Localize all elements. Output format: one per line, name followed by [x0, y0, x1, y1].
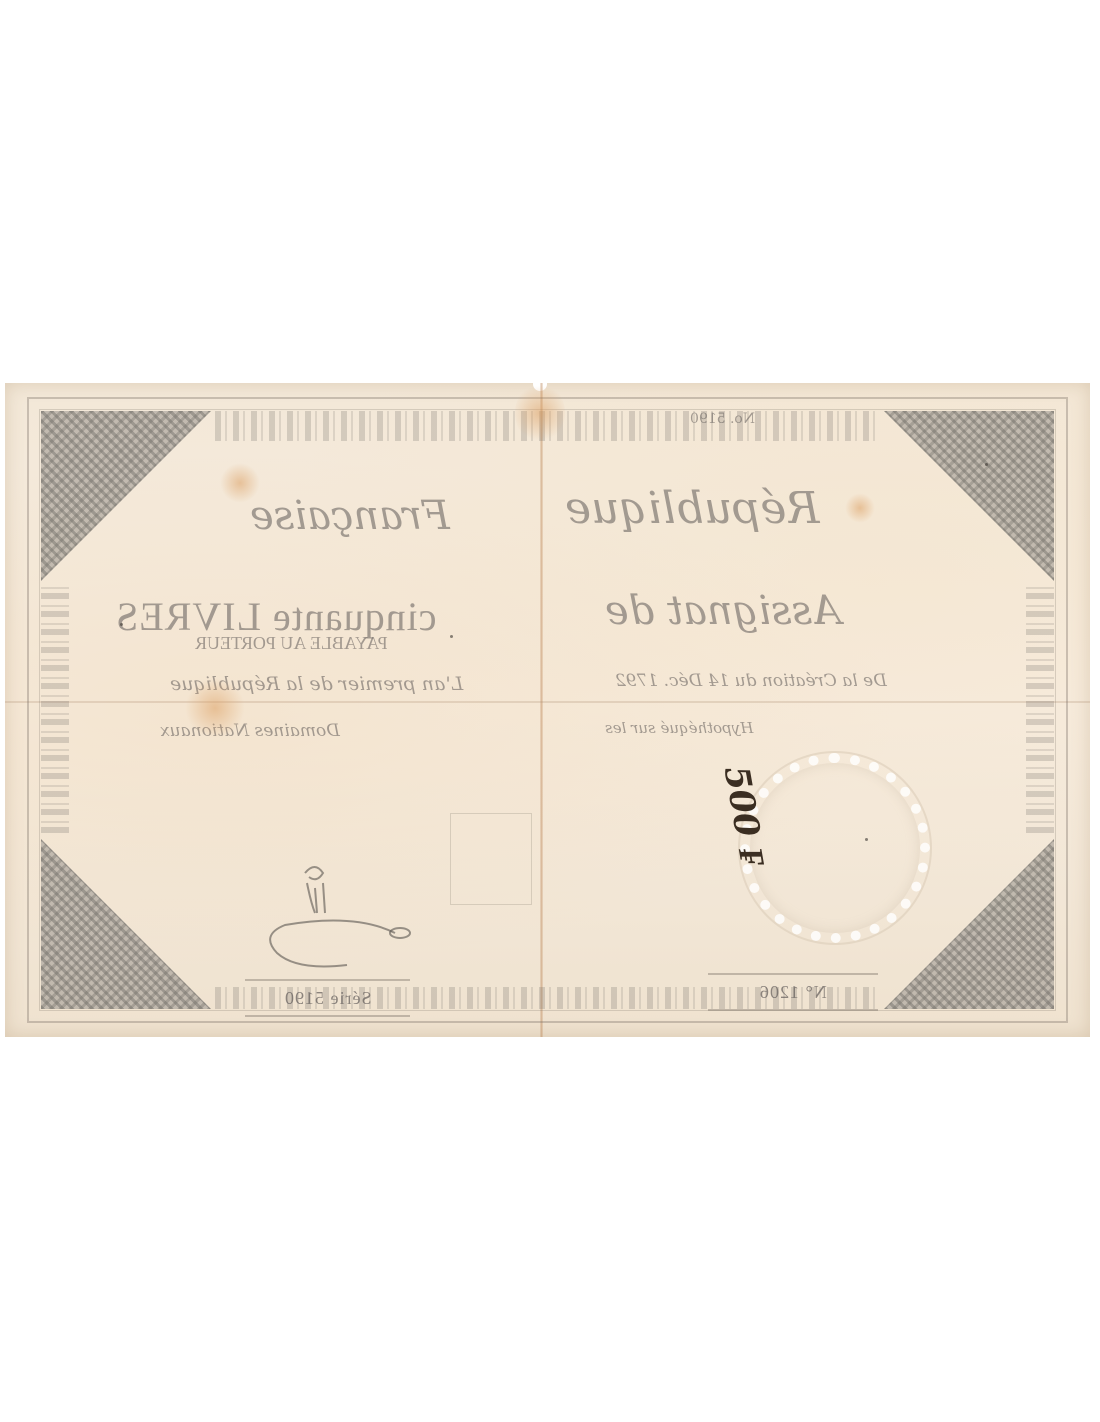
domaines-line: Domaines Nationaux	[160, 721, 340, 741]
title-assignat-de: Assignat de	[605, 588, 841, 634]
signature-icon	[245, 853, 425, 973]
left-border-band	[41, 583, 69, 833]
foxing-stain	[515, 383, 565, 443]
banknote: No. 5190 République Française Assignat d…	[5, 383, 1090, 1037]
foxing-stain	[845, 493, 875, 523]
ink-speck	[450, 635, 453, 638]
foxing-stain	[185, 678, 245, 738]
title-republique: République	[565, 483, 820, 534]
top-serial: No. 5190	[690, 411, 755, 427]
serie-number-box: Série 5190	[245, 979, 410, 1017]
note-number: N° 1206	[759, 982, 827, 1003]
ink-speck	[865, 838, 868, 841]
embossed-panel	[450, 813, 532, 905]
right-border-band	[1026, 583, 1054, 833]
value-subtitle: PAYABLE AU PORTEUR	[195, 633, 388, 654]
serie-number: Série 5190	[284, 988, 371, 1009]
title-francaise: Française	[250, 493, 450, 539]
creation-line: De la Création du 14 Déc. 1792	[615, 671, 887, 691]
ink-speck	[120, 623, 123, 626]
foxing-stain	[220, 463, 260, 503]
ink-speck	[985, 463, 988, 466]
hypotheque-line: Hypothéqué sur les	[605, 719, 753, 737]
note-number-box: N° 1206	[708, 973, 878, 1011]
